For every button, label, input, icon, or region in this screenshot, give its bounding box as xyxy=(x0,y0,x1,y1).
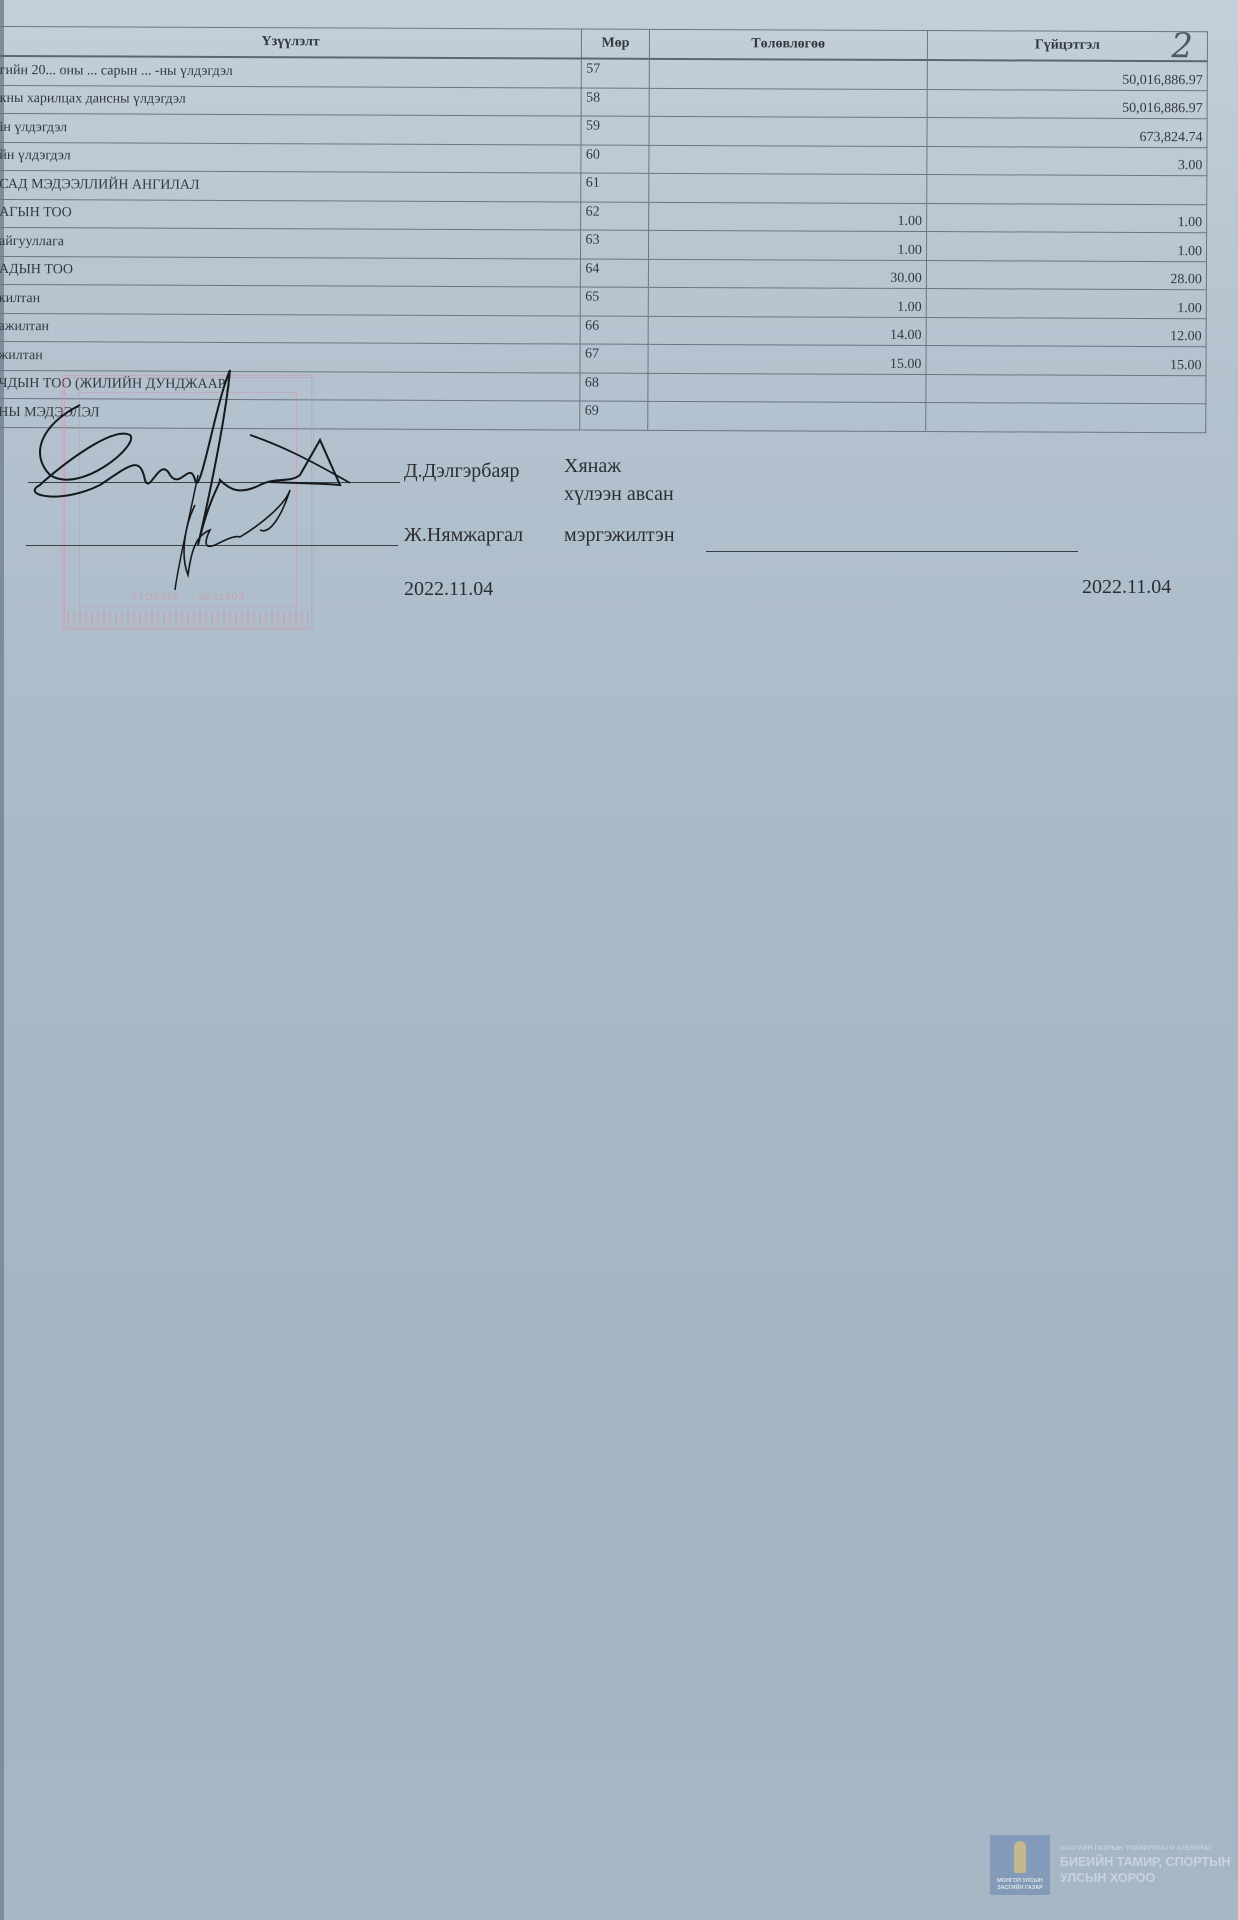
row-plan xyxy=(648,373,926,403)
row-plan: 14.00 xyxy=(648,316,926,346)
row-plan xyxy=(649,116,927,146)
agency-title-line-2: УЛСЫН ХОРОО xyxy=(1060,1871,1230,1887)
row-label: АГЫН ТОО xyxy=(0,199,581,230)
row-label: айгууллага xyxy=(0,227,581,258)
official-stamp: ТТО5956 ... 9041803 xyxy=(62,375,314,630)
row-actual: 1.00 xyxy=(926,232,1206,262)
row-plan: 1.00 xyxy=(648,202,926,232)
row-plan xyxy=(648,173,926,203)
stamp-ornament-pattern xyxy=(67,611,309,625)
receiver-label-line-3: мэргэжилтэн xyxy=(564,524,675,547)
row-number: 58 xyxy=(582,88,649,117)
government-emblem-logo: МОНГОЛ УЛСЫН ЗАСГИЙН ГАЗАР xyxy=(990,1835,1050,1895)
row-label: САД МЭДЭЭЛЛИЙН АНГИЛАЛ xyxy=(0,170,581,201)
row-plan: 15.00 xyxy=(648,344,926,374)
agency-title-line-1: БИЕИЙН ТАМИР, СПОРТЫН xyxy=(1060,1855,1230,1871)
header-row-number: Мөр xyxy=(582,29,649,59)
row-actual: 12.00 xyxy=(926,317,1206,347)
row-label: АДЫН ТОО xyxy=(0,256,581,287)
row-actual: 1.00 xyxy=(926,203,1206,233)
row-label: килтан xyxy=(0,284,581,315)
row-actual: 28.00 xyxy=(926,260,1206,290)
row-number: 57 xyxy=(582,59,649,88)
row-actual: 673,824.74 xyxy=(927,118,1207,148)
row-number: 63 xyxy=(581,230,648,259)
receiver-label-line-1: Хянаж xyxy=(564,455,621,478)
row-number: 66 xyxy=(581,316,648,345)
row-number: 60 xyxy=(581,145,648,174)
receiver-label-line-2: хүлээн авсан xyxy=(564,483,674,506)
receiver-signature-line xyxy=(706,551,1078,552)
emblem-caption: МОНГОЛ УЛСЫН ЗАСГИЙН ГАЗАР xyxy=(990,1878,1050,1891)
row-actual xyxy=(926,403,1206,433)
row-label: ін үлдэгдэл xyxy=(0,113,582,144)
row-actual: 15.00 xyxy=(926,346,1206,376)
row-number: 62 xyxy=(581,202,648,231)
row-label: жилтан xyxy=(0,341,581,372)
stamp-inner-border xyxy=(79,392,297,607)
date-left: 2022.11.04 xyxy=(404,578,493,601)
row-label: кны харилцах дансны үлдэгдэл xyxy=(0,85,582,116)
agency-title: БИЕИЙН ТАМИР, СПОРТЫН УЛСЫН ХОРОО xyxy=(1060,1855,1230,1886)
row-actual xyxy=(926,374,1206,404)
row-number: 59 xyxy=(581,116,648,145)
row-plan xyxy=(649,59,927,89)
row-label: ажилтан xyxy=(0,313,581,344)
stamp-code: ТТО5956 ... 9041803 xyxy=(65,592,311,603)
signature-line-2 xyxy=(26,545,398,546)
report-table: Үзүүлэлт Мөр Төлөвлөгөө Гүйцэтгэл 2 гийн… xyxy=(0,26,1208,433)
handwritten-page-number: 2 xyxy=(1171,31,1193,62)
signer-2-name: Ж.Нямжаргал xyxy=(404,524,523,547)
row-number: 67 xyxy=(580,344,647,373)
row-actual xyxy=(927,175,1207,205)
row-number: 61 xyxy=(581,173,648,202)
signature-line-1 xyxy=(28,482,400,483)
soyombo-emblem-icon xyxy=(1014,1841,1026,1873)
agency-subtitle: ЗАСГИЙН ГАЗРЫН ТОХИРУУЛАГЧ АГЕНТЛАГ xyxy=(1060,1845,1212,1852)
date-right: 2022.11.04 xyxy=(1082,576,1171,599)
row-label: гийн 20... оны ... сарын ... -ны үлдэгдэ… xyxy=(0,56,582,88)
row-actual: 50,016,886.97 xyxy=(927,60,1207,90)
row-plan xyxy=(647,401,925,431)
header-actual: Гүйцэтгэл 2 xyxy=(927,31,1207,62)
row-actual: 1.00 xyxy=(926,289,1206,319)
row-label: йн үлдэгдэл xyxy=(0,142,581,173)
row-plan xyxy=(649,88,927,118)
row-actual: 50,016,886.97 xyxy=(927,89,1207,119)
row-actual: 3.00 xyxy=(927,146,1207,176)
row-number: 65 xyxy=(581,287,648,316)
row-number: 68 xyxy=(580,373,647,402)
row-plan: 30.00 xyxy=(648,259,926,289)
row-plan xyxy=(649,145,927,175)
row-plan: 1.00 xyxy=(648,287,926,317)
row-number: 64 xyxy=(581,259,648,288)
signer-1-name: Д.Дэлгэрбаяр xyxy=(404,460,520,483)
row-number: 69 xyxy=(580,401,647,430)
header-plan: Төлөвлөгөө xyxy=(649,29,927,60)
header-actual-label: Гүйцэтгэл xyxy=(1035,38,1100,53)
header-indicator: Үзүүлэлт xyxy=(0,26,582,58)
row-plan: 1.00 xyxy=(648,230,926,260)
